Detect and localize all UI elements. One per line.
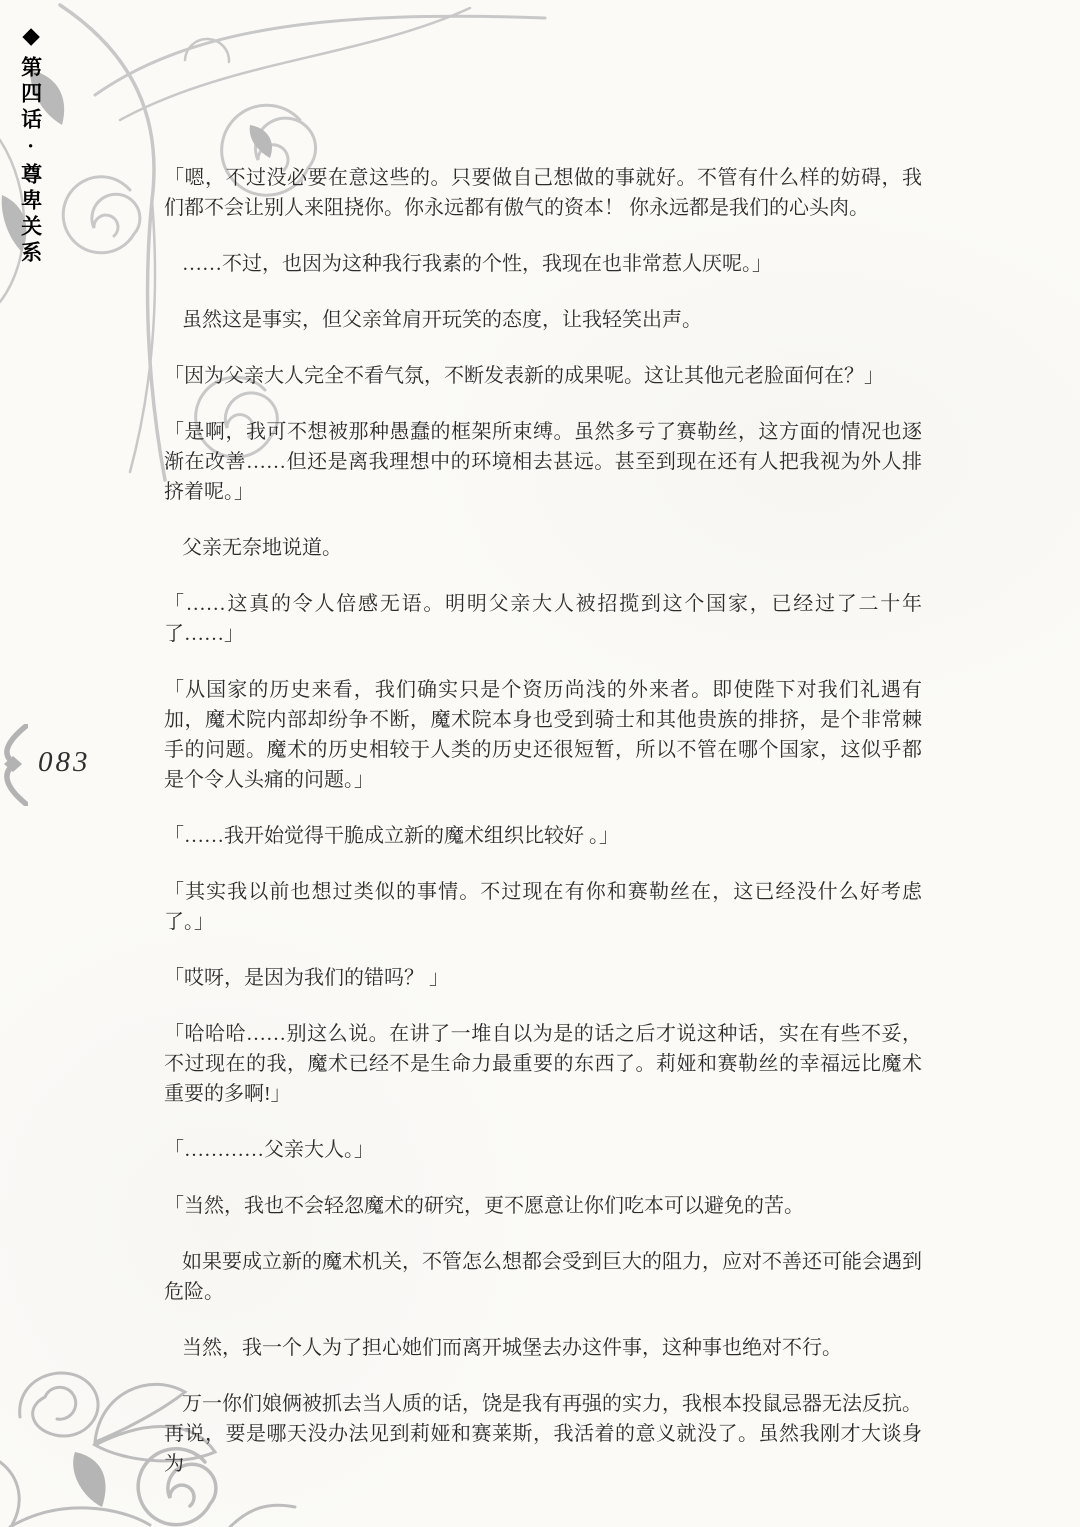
paragraph: 如果要成立新的魔术机关，不管怎么想都会受到巨大的阻力，应对不善还可能会遇到危险。 [164,1247,922,1307]
paragraph: 「从国家的历史来看，我们确实只是个资历尚浅的外来者。即使陛下对我们礼遇有加，魔术… [164,675,922,795]
page-number: 083 [38,746,91,779]
body-text: 「嗯，不过没必要在意这些的。只要做自己想做的事就好。不管有什么样的妨碍，我们都不… [164,163,922,1505]
paragraph: 「哎呀，是因为我们的错吗？ 」 [164,963,922,993]
paragraph: 父亲无奈地说道。 [164,533,922,563]
chapter-title-vertical: ◆第四话·尊卑关系 [17,22,45,267]
paragraph: 「嗯，不过没必要在意这些的。只要做自己想做的事就好。不管有什么样的妨碍，我们都不… [164,163,922,223]
chapter-diamond-icon: ◆ [19,22,44,56]
paragraph: 当然，我一个人为了担心她们而离开城堡去办这件事，这种事也绝对不行。 [164,1333,922,1363]
page-number-ornament-icon [0,724,28,806]
paragraph: 「当然，我也不会轻忽魔术的研究，更不愿意让你们吃本可以避免的苦。 [164,1191,922,1221]
paragraph: 「因为父亲大人完全不看气氛，不断发表新的成果呢。这让其他元老脸面何在？」 [164,361,922,391]
chapter-title: 第四话·尊卑关系 [19,56,43,267]
paragraph: 「是啊，我可不想被那种愚蠢的框架所束缚。虽然多亏了赛勒丝，这方面的情况也逐渐在改… [164,417,922,507]
paragraph: 「……我开始觉得干脆成立新的魔术组织比较好 。」 [164,821,922,851]
page-number-block: 083 [0,724,28,811]
paragraph: 「哈哈哈……别这么说。在讲了一堆自以为是的话之后才说这种话，实在有些不妥，不过现… [164,1019,922,1109]
paragraph: 万一你们娘俩被抓去当人质的话，饶是我有再强的实力，我根本投鼠忌器无法反抗。再说，… [164,1389,922,1479]
paragraph: 「…………父亲大人。」 [164,1135,922,1165]
book-page: ◆第四话·尊卑关系 083 「嗯，不过没必要在意这些的。只要做自己想做的事就好。… [0,0,1080,1527]
paragraph: 虽然这是事实，但父亲耸肩开玩笑的态度，让我轻笑出声。 [164,305,922,335]
paragraph: 「……这真的令人倍感无语。明明父亲大人被招揽到这个国家，已经过了二十年了……」 [164,589,922,649]
paragraph: 「其实我以前也想过类似的事情。不过现在有你和赛勒丝在，这已经没什么好考虑了。」 [164,877,922,937]
paragraph: ……不过，也因为这种我行我素的个性，我现在也非常惹人厌呢。」 [164,249,922,279]
